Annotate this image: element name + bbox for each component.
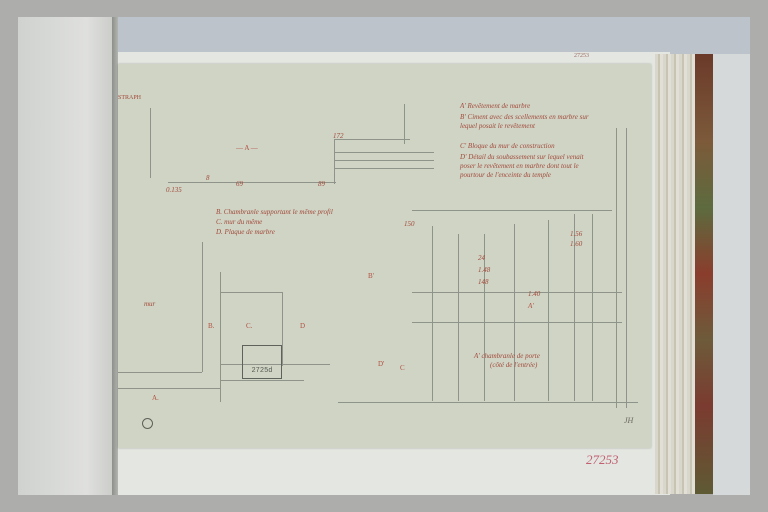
- dimension: 1.40: [528, 290, 540, 299]
- dimension: 24: [478, 254, 485, 263]
- pencil-line: [514, 224, 515, 401]
- pencil-line: [220, 292, 282, 293]
- pencil-line: [334, 139, 410, 140]
- dimension: 172: [333, 132, 344, 141]
- dimension: 150: [404, 220, 415, 229]
- pencil-line: [168, 182, 336, 183]
- label-a-prime: A': [528, 302, 534, 311]
- dimension: 69: [236, 180, 243, 189]
- pencil-line: [334, 152, 434, 153]
- pencil-line: [616, 128, 617, 408]
- pencil-line: [334, 160, 434, 161]
- legend-item: B' Ciment avec des scellements en marbre…: [460, 113, 600, 131]
- dimension: 8: [206, 174, 210, 183]
- background-strip: [713, 54, 750, 495]
- pencil-line: [412, 210, 612, 211]
- pencil-line: [458, 234, 459, 401]
- legend-item: C. mur du même: [216, 218, 262, 227]
- pencil-line: [338, 402, 638, 403]
- marbled-edge: [695, 54, 713, 494]
- pencil-line: [220, 380, 304, 381]
- pencil-line: [548, 220, 549, 401]
- pencil-line: [334, 168, 434, 169]
- label-c-prime: C: [400, 364, 405, 373]
- label-a: — A —: [236, 144, 258, 153]
- legend-item: D' Détail du soubassement sur lequel ven…: [460, 153, 600, 180]
- label-d-prime: D': [378, 360, 384, 369]
- label-mur: mur: [144, 300, 155, 309]
- label-a-bottom: A.: [152, 394, 159, 403]
- legend-item: A' Revêtement de marbre: [460, 102, 530, 111]
- caption-line: A' chambranle de porte: [474, 352, 540, 361]
- dimension: 1.60: [570, 240, 582, 249]
- dimension: 1.56: [570, 230, 582, 239]
- legend-item: D. Plaque de marbre: [216, 228, 275, 237]
- label-b: B.: [208, 322, 214, 331]
- pencil-line: [404, 104, 405, 144]
- corner-note: 27253: [574, 53, 589, 59]
- pencil-line: [118, 388, 220, 389]
- pencil-line: [412, 322, 622, 323]
- architectural-drawing: STRAPH — A — 172 0.135 69 89 8 A' Revête…: [118, 64, 651, 448]
- dimension: 148: [478, 278, 489, 287]
- pencil-line: [118, 372, 202, 373]
- dimension: 1.48: [478, 266, 490, 275]
- pencil-line: [626, 128, 627, 408]
- signature: JH: [624, 416, 633, 425]
- pencil-line: [202, 242, 203, 372]
- margin-label: STRAPH: [118, 94, 141, 103]
- page-stack-edge: [655, 54, 697, 494]
- inventory-number: 27253: [586, 452, 619, 468]
- legend-item: B. Chambranle supportant le même profil: [216, 208, 333, 217]
- pencil-line: [432, 226, 433, 401]
- album-top-page: [118, 17, 750, 57]
- album-left-page: [18, 17, 116, 495]
- circle-mark-icon: [142, 418, 153, 429]
- pencil-line: [282, 292, 283, 366]
- dimension: 89: [318, 180, 325, 189]
- caption-line: (côté de l'entrée): [490, 361, 537, 370]
- pencil-line: [334, 139, 335, 184]
- legend-item: C' Bloque du mur de construction: [460, 142, 555, 151]
- pencil-line: [150, 108, 151, 178]
- label-c: C.: [246, 322, 252, 331]
- pencil-line: [592, 214, 593, 401]
- label-d: D: [300, 322, 305, 331]
- collection-stamp: 2725d: [242, 345, 282, 379]
- dimension: 0.135: [166, 186, 182, 195]
- pencil-line: [412, 292, 622, 293]
- label-b-prime: B': [368, 272, 374, 281]
